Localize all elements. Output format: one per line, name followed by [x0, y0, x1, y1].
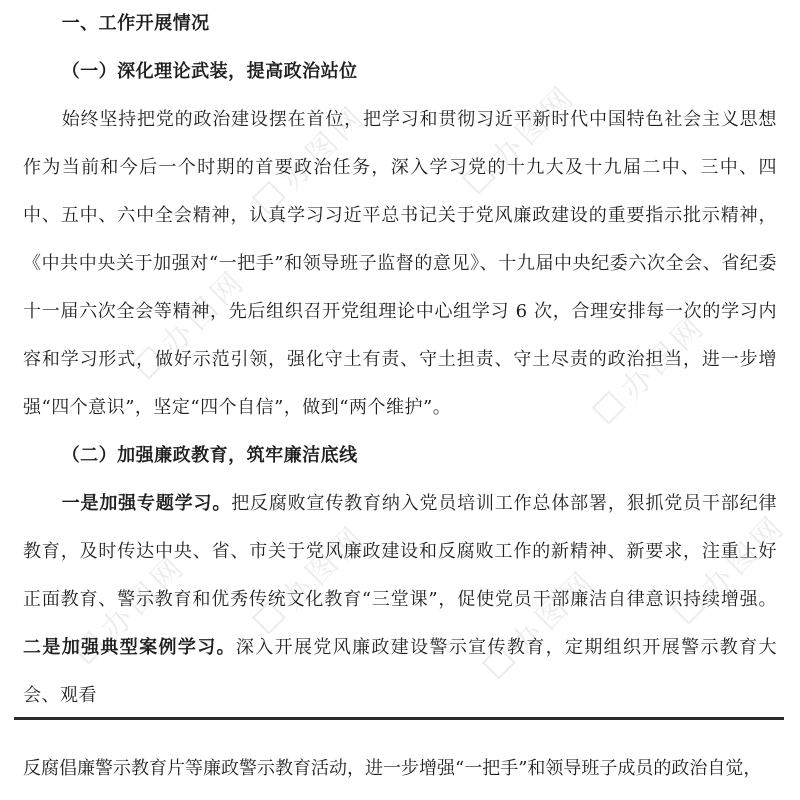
subsection-1-heading: （一）深化理论武装，提高政治站位 — [23, 48, 777, 96]
paragraph-2: 一是加强专题学习。把反腐败宣传教育纳入党员培训工作总体部署，狠抓党员干部纪律教育… — [23, 480, 777, 720]
paragraph-2-bold-lead-1: 一是加强专题学习。 — [62, 493, 232, 514]
next-page-paragraph: 反腐倡廉警示教育片等廉政警示教育活动，进一步增强“一把手”和领导班子成员的政治自… — [23, 745, 777, 793]
section-heading: 一、工作开展情况 — [23, 0, 777, 48]
page-separator-line — [14, 717, 784, 720]
document-page: 办图网 办图网 办图网 办图网 办图网 办图网 办图网 办图网 — [0, 0, 800, 800]
subsection-2-heading: （二）加强廉政教育，筑牢廉洁底线 — [23, 432, 777, 480]
document-content: 一、工作开展情况 （一）深化理论武装，提高政治站位 始终坚持把党的政治建设摆在首… — [23, 0, 777, 720]
paragraph-2-bold-lead-2: 二是加强典型案例学习。 — [23, 637, 236, 658]
paragraph-1: 始终坚持把党的政治建设摆在首位，把学习和贯彻习近平新时代中国特色社会主义思想作为… — [23, 96, 777, 432]
